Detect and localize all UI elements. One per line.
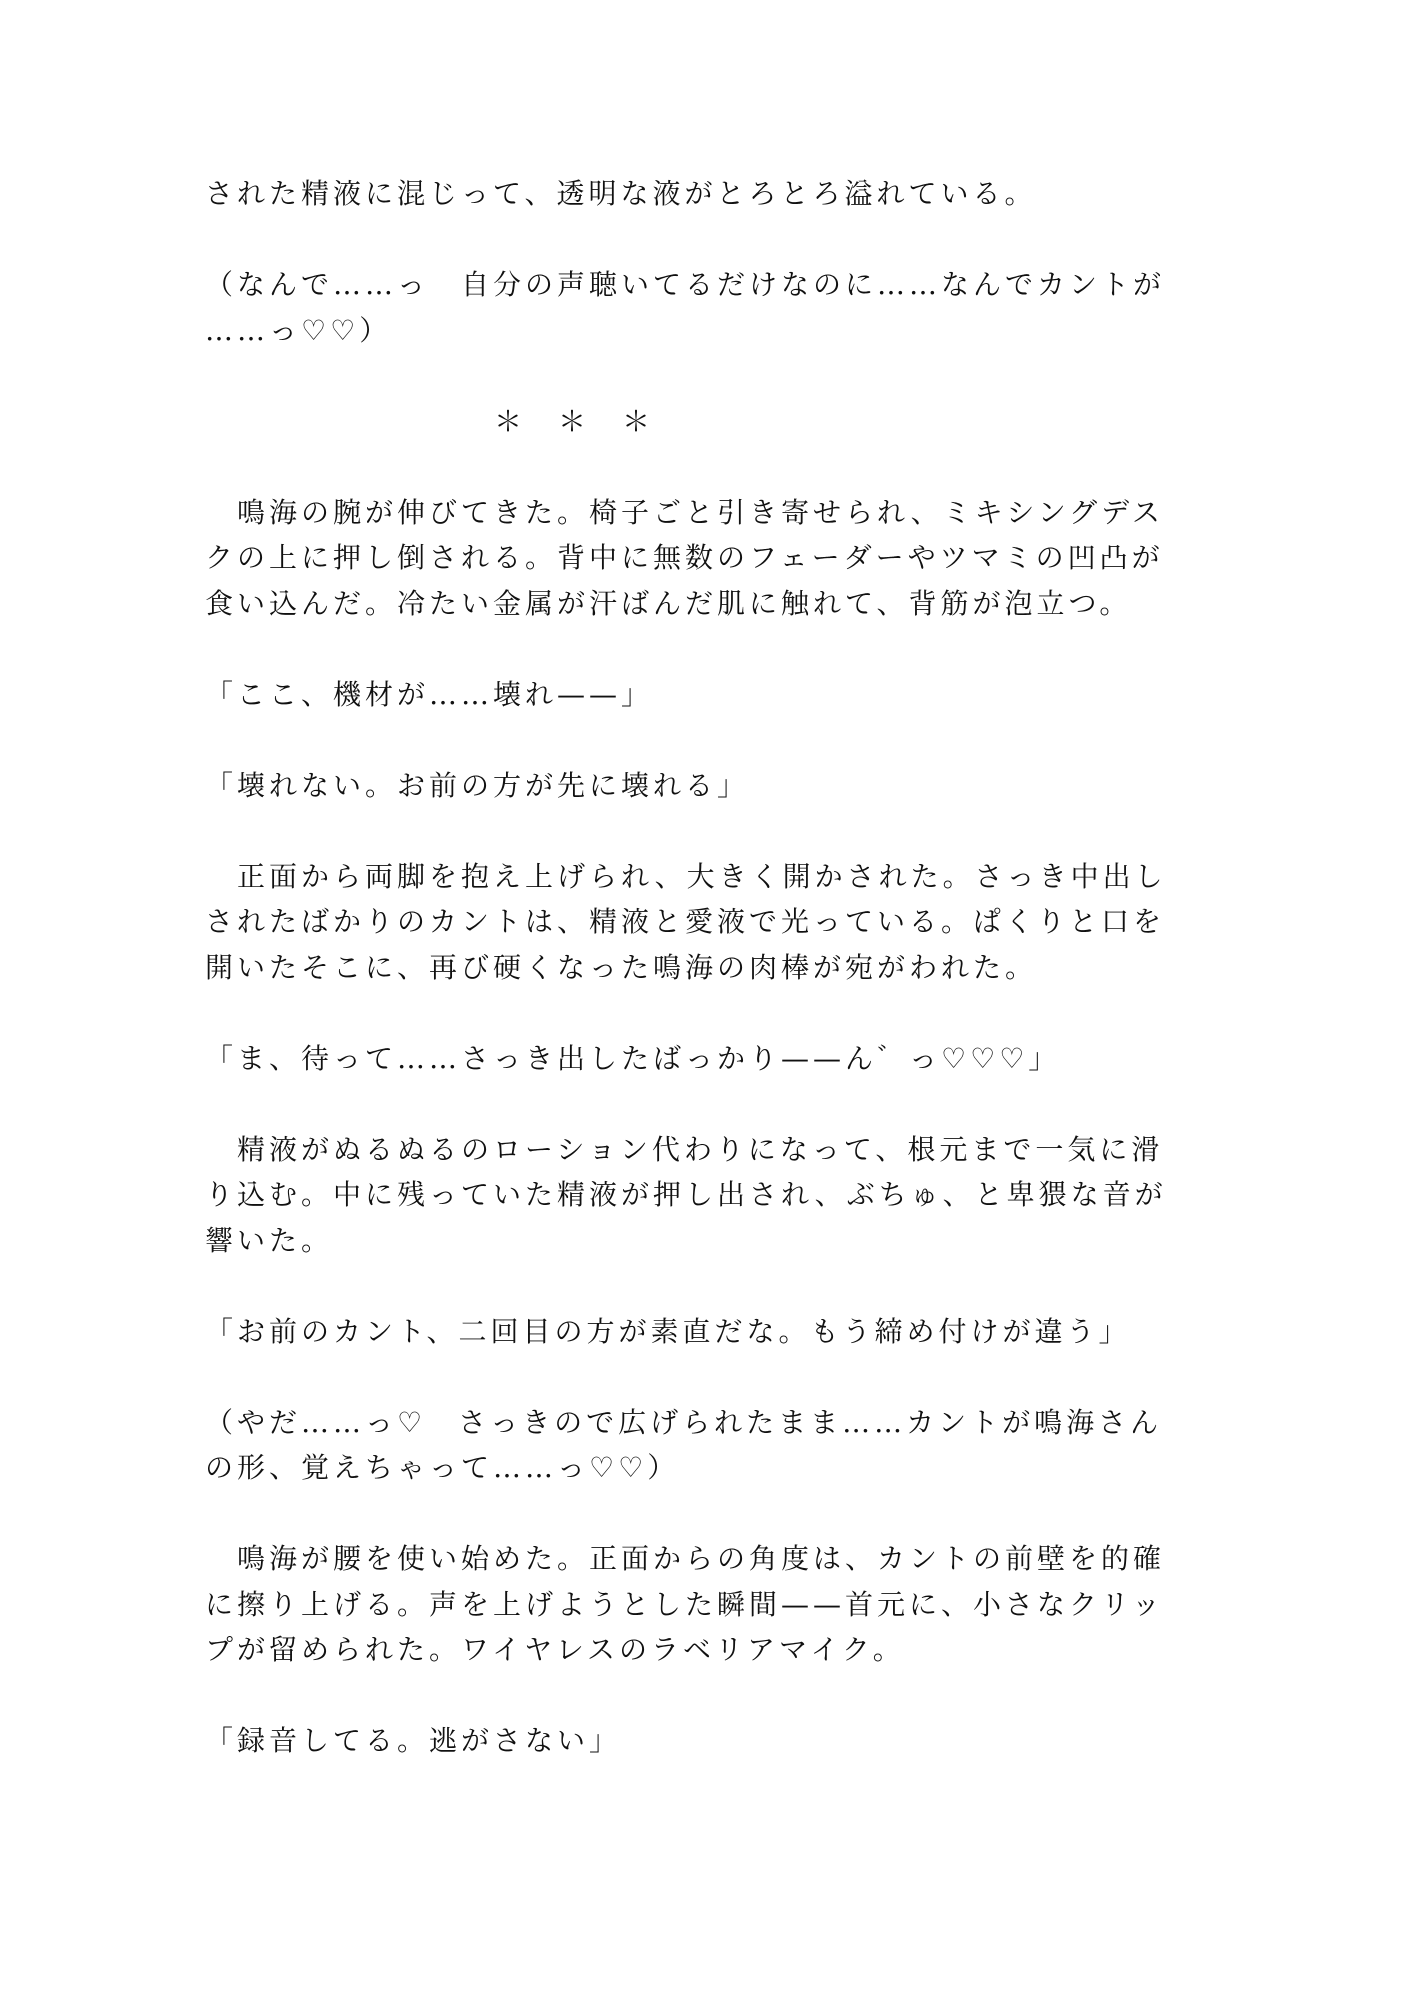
paragraph: 正面から両脚を抱え上げられ、大きく開かされた。さっき中出し されたばかりのカント… (205, 854, 1215, 991)
paragraph: 鳴海の腕が伸びてきた。椅子ごと引き寄せられ、ミキシングデス クの上に押し倒される… (205, 490, 1215, 627)
dialogue-line: 「ま、待って……さっき出したばっかり——ん゛っ♡♡♡」 (205, 1036, 1215, 1082)
text-line: された精液に混じって、透明な液がとろとろ溢れている。 (205, 171, 1215, 217)
text-line: 食い込んだ。冷たい金属が汗ばんだ肌に触れて、背筋が泡立つ。 (205, 581, 1215, 627)
text-line: 「お前のカント、二回目の方が素直だな。もう締め付けが違う」 (205, 1309, 1215, 1355)
paragraph: 鳴海が腰を使い始めた。正面からの角度は、カントの前壁を的確 に擦り上げる。声を上… (205, 1536, 1215, 1673)
text-line: （なんで……っ 自分の声聴いてるだけなのに……なんでカントが (205, 262, 1215, 308)
text-line: 「録音してる。逃がさない」 (205, 1718, 1215, 1764)
text-line: り込む。中に残っていた精液が押し出され、ぶちゅ、と卑猥な音が (205, 1172, 1215, 1218)
paragraph: 精液がぬるぬるのローション代わりになって、根元まで一気に滑 り込む。中に残ってい… (205, 1127, 1215, 1264)
text-line: に擦り上げる。声を上げようとした瞬間——首元に、小さなクリッ (205, 1582, 1215, 1628)
dialogue-line: 「ここ、機材が……壊れ——」 (205, 672, 1215, 718)
scene-break-asterisks: ＊ ＊ ＊ (205, 399, 1215, 445)
paragraph: された精液に混じって、透明な液がとろとろ溢れている。 (205, 171, 1215, 217)
text-line: されたばかりのカントは、精液と愛液で光っている。ぱくりと口を (205, 899, 1215, 945)
text-line: 正面から両脚を抱え上げられ、大きく開かされた。さっき中出し (205, 854, 1215, 900)
text-line: の形、覚えちゃって……っ♡♡） (205, 1445, 1215, 1491)
text-line: ……っ♡♡） (205, 308, 1215, 354)
inner-monologue: （なんで……っ 自分の声聴いてるだけなのに……なんでカントが ……っ♡♡） (205, 262, 1215, 353)
dialogue-line: 「録音してる。逃がさない」 (205, 1718, 1215, 1764)
text-line: （やだ……っ♡ さっきので広げられたまま……カントが鳴海さん (205, 1400, 1215, 1446)
document-page: された精液に混じって、透明な液がとろとろ溢れている。 （なんで……っ 自分の声聴… (0, 0, 1415, 2000)
text-line: 鳴海が腰を使い始めた。正面からの角度は、カントの前壁を的確 (205, 1536, 1215, 1582)
text-line: 「ま、待って……さっき出したばっかり——ん゛っ♡♡♡」 (205, 1036, 1215, 1082)
dialogue-line: 「壊れない。お前の方が先に壊れる」 (205, 763, 1215, 809)
text-line: 「壊れない。お前の方が先に壊れる」 (205, 763, 1215, 809)
text-line: 鳴海の腕が伸びてきた。椅子ごと引き寄せられ、ミキシングデス (205, 490, 1215, 536)
text-line: 精液がぬるぬるのローション代わりになって、根元まで一気に滑 (205, 1127, 1215, 1173)
text-line: 「ここ、機材が……壊れ——」 (205, 672, 1215, 718)
text-line: プが留められた。ワイヤレスのラベリアマイク。 (205, 1627, 1215, 1673)
dialogue-line: 「お前のカント、二回目の方が素直だな。もう締め付けが違う」 (205, 1309, 1215, 1355)
text-line: 開いたそこに、再び硬くなった鳴海の肉棒が宛がわれた。 (205, 945, 1215, 991)
text-line: クの上に押し倒される。背中に無数のフェーダーやツマミの凹凸が (205, 535, 1215, 581)
scene-break: ＊ ＊ ＊ (205, 399, 1215, 445)
inner-monologue: （やだ……っ♡ さっきので広げられたまま……カントが鳴海さん の形、覚えちゃって… (205, 1400, 1215, 1491)
text-line: 響いた。 (205, 1218, 1215, 1264)
